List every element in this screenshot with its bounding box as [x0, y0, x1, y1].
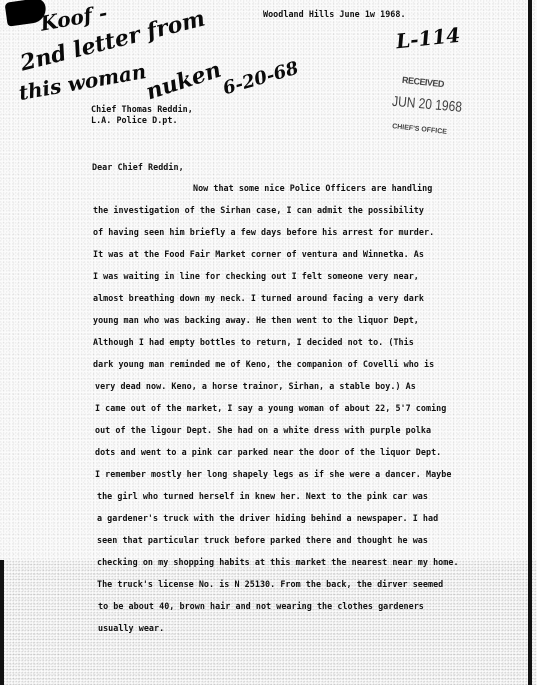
letter-line: It was at the Food Fair Market corner of…: [93, 249, 424, 259]
letter-line: The truck's license No. is N 25130. From…: [97, 579, 443, 589]
scanned-letter-page: Koof - 2nd letter from this woman nuken …: [0, 0, 537, 685]
letter-line: checking on my shopping habits at this m…: [97, 557, 459, 567]
received-stamp-date: JUN 20 1968: [391, 93, 462, 116]
letter-line: seen that particular truck before parked…: [97, 535, 428, 545]
letter-line: dark young man reminded me of Keno, the …: [93, 359, 434, 369]
letter-line: to be about 40, brown hair and not weari…: [98, 601, 424, 611]
letter-line: I was waiting in line for checking out I…: [93, 271, 419, 281]
recipient-name: Chief Thomas Reddin,: [91, 104, 193, 114]
scan-edge-left: [0, 560, 4, 685]
handwritten-note-date: 6-20-68: [221, 58, 301, 100]
place-date-line: Woodland Hills June 1w 1968.: [263, 9, 406, 19]
letter-line: out of the ligour Dept. She had on a whi…: [95, 425, 431, 435]
letter-line: almost breathing down my neck. I turned …: [93, 293, 424, 303]
letter-line: dots and went to a pink car parked near …: [95, 447, 441, 457]
letter-line: I came out of the market, I say a young …: [95, 403, 446, 413]
letter-line: Now that some nice Police Officers are h…: [193, 183, 432, 193]
letter-line: Although I had empty bottles to return, …: [93, 337, 414, 347]
received-stamp-office: CHIEF'S OFFICE: [392, 123, 447, 136]
scan-edge-right: [528, 0, 532, 685]
recipient-org: L.A. Police D.pt.: [91, 115, 178, 125]
letter-line: very dead now. Keno, a horse trainor, Si…: [95, 381, 416, 391]
letter-line: a gardener's truck with the driver hidin…: [97, 513, 438, 523]
letter-line: young man who was backing away. He then …: [93, 315, 419, 325]
letter-line: usually wear.: [98, 623, 164, 633]
salutation: Dear Chief Reddin,: [92, 162, 184, 172]
received-stamp-title: RECEIVED: [402, 75, 445, 89]
letter-line: the investigation of the Sirhan case, I …: [93, 205, 424, 215]
letter-line: I remember mostly her long shapely legs …: [95, 469, 451, 479]
letter-line: the girl who turned herself in knew her.…: [97, 491, 428, 501]
handwritten-file-number: L-114: [395, 23, 461, 54]
letter-line: of having seen him briefly a few days be…: [93, 227, 434, 237]
handwritten-note-signature: nuken: [143, 57, 224, 106]
